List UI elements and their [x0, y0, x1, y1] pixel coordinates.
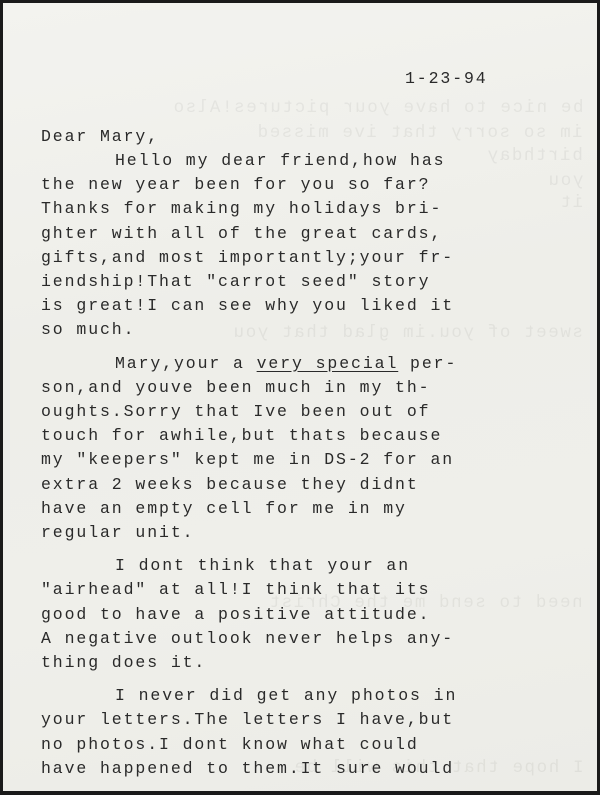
letter-line: A negative outlook never helps any-: [41, 631, 454, 648]
letter-line: "airhead" at all!I think that its: [41, 582, 430, 599]
letter-line: the new year been for you so far?: [41, 177, 430, 194]
letter-line: have an empty cell for me in my: [41, 501, 407, 518]
letter-line: gifts,and most importantly;your fr-: [41, 250, 454, 267]
letter-line: ghter with all of the great cards,: [41, 226, 442, 243]
letter-line: Mary,your a very special per-: [115, 356, 457, 373]
line-text: Mary,your a: [115, 354, 257, 373]
letter-line: no photos.I dont know what could: [41, 737, 419, 754]
bleed-line: im so sorry that ive missed: [256, 123, 583, 143]
bleed-line: birthday: [486, 146, 583, 166]
letter-date: 1-23-94: [405, 71, 488, 88]
letter-line: Hello my dear friend,how has: [115, 153, 445, 170]
underlined-emphasis: very special: [257, 354, 399, 373]
letter-line: touch for awhile,but thats because: [41, 428, 442, 445]
letter-salutation: Dear Mary,: [41, 129, 159, 146]
letter-line: oughts.Sorry that Ive been out of: [41, 404, 430, 421]
letter-line: I dont think that your an: [115, 558, 410, 575]
bleed-line: be nice to have your pictures!Also: [172, 98, 583, 118]
bleed-line: you: [547, 171, 583, 191]
letter-line: regular unit.: [41, 525, 194, 542]
letter-line: son,and youve been much in my th-: [41, 380, 430, 397]
letter-line: Thanks for making my holidays bri-: [41, 201, 442, 218]
letter-line: I never did get any photos in: [115, 688, 457, 705]
letter-line: my "keepers" kept me in DS-2 for an: [41, 452, 454, 469]
bleed-line: it: [559, 193, 583, 213]
letter-line: your letters.The letters I have,but: [41, 712, 454, 729]
letter-line: extra 2 weeks because they didnt: [41, 477, 419, 494]
letter-line: thing does it.: [41, 655, 206, 672]
line-text: per-: [398, 354, 457, 373]
letter-page: be nice to have your pictures!Alsoim so …: [3, 3, 597, 791]
bleed-through-text: be nice to have your pictures!Alsoim so …: [3, 3, 597, 791]
letter-line: is great!I can see why you liked it: [41, 298, 454, 315]
letter-line: iendship!That "carrot seed" story: [41, 274, 430, 291]
letter-line: so much.: [41, 322, 135, 339]
letter-line: good to have a positive attitude.: [41, 607, 430, 624]
bleed-line: sweet of you.im glad that you: [232, 323, 583, 343]
letter-line: have happened to them.It sure would: [41, 761, 454, 778]
